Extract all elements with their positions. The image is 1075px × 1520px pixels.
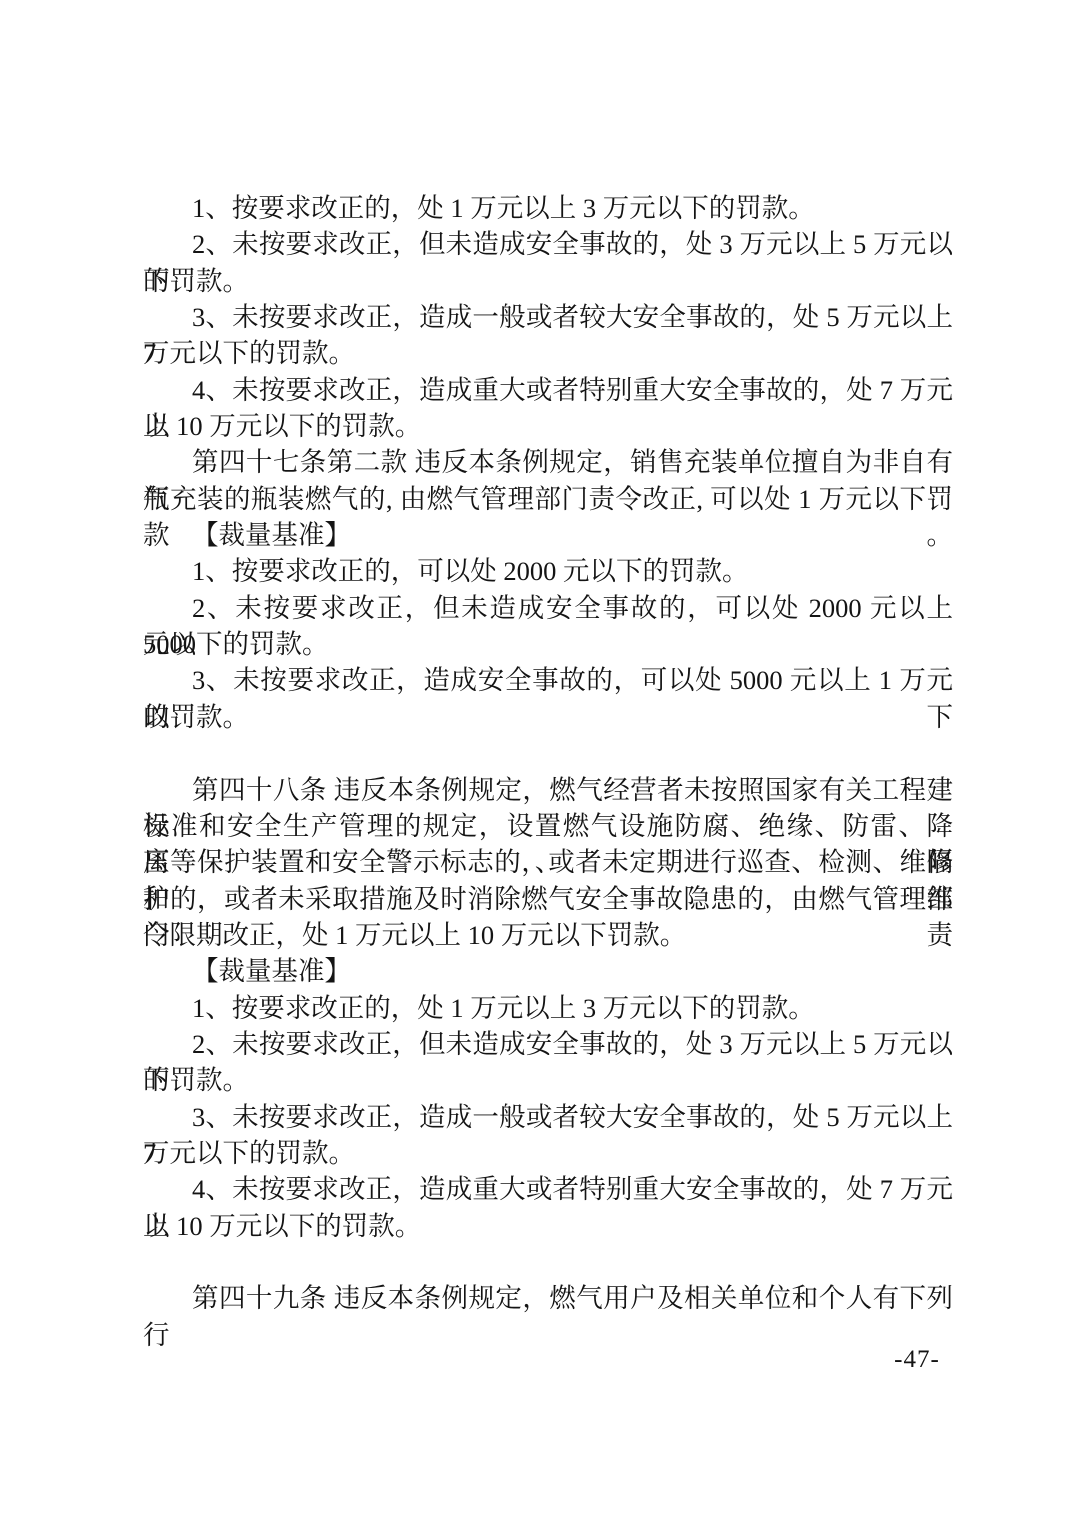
page-number: -47- xyxy=(876,1346,958,1374)
text-line: 1、按要求改正的，可以处 2000 元以下的罚款。 xyxy=(143,553,953,589)
text-line: 万元以下的罚款。 xyxy=(143,1135,953,1171)
document-text-block: 1、按要求改正的，处 1 万元以上 3 万元以下的罚款。 2、未按要求改正，但未… xyxy=(143,190,953,1317)
text-line: 3、未按要求改正，造成一般或者较大安全事故的，处 5 万元以上 7 xyxy=(143,1099,953,1135)
text-line: 的罚款。 xyxy=(143,263,953,299)
article-47-2-heading-line: 第四十七条第二款 违反本条例规定，销售充装单位擅自为非自有气 xyxy=(143,444,953,480)
article-48-heading-line: 第四十八条 违反本条例规定，燃气经营者未按照国家有关工程建设 xyxy=(143,772,953,808)
article-49-heading-line: 第四十九条 违反本条例规定，燃气用户及相关单位和个人有下列行 xyxy=(143,1280,953,1316)
text-line: 2、未按要求改正，但未造成安全事故的，处 3 万元以上 5 万元以下 xyxy=(143,1026,953,1062)
text-line: 1、按要求改正的，处 1 万元以上 3 万元以下的罚款。 xyxy=(143,990,953,1026)
text-line: 万元以下的罚款。 xyxy=(143,335,953,371)
text-line: 3、未按要求改正，造成一般或者较大安全事故的，处 5 万元以上 7 xyxy=(143,299,953,335)
text-line: 1、按要求改正的，处 1 万元以上 3 万元以下的罚款。 xyxy=(143,190,953,226)
text-line: 上 10 万元以下的罚款。 xyxy=(143,408,953,444)
text-line: 护的，或者未采取措施及时消除燃气安全事故隐患的，由燃气管理部门责 xyxy=(143,881,953,917)
text-line: 3、未按要求改正，造成安全事故的，可以处 5000 元以上 1 万元以下 xyxy=(143,662,953,698)
text-line: 2、未按要求改正，但未造成安全事故的，可以处 2000 元以上 5000 xyxy=(143,590,953,626)
text-line: 离等保护装置和安全警示标志的，或者未定期进行巡查、检测、维修和维 xyxy=(143,844,953,880)
blank-line xyxy=(143,735,953,771)
text-line: 瓶充装的瓶装燃气的, 由燃气管理部门责令改正, 可以处 1 万元以下罚款。 xyxy=(143,481,953,517)
text-line: 2、未按要求改正，但未造成安全事故的，处 3 万元以上 5 万元以下 xyxy=(143,226,953,262)
blank-line xyxy=(143,1244,953,1280)
text-line: 标准和安全生产管理的规定，设置燃气设施防腐、绝缘、防雷、降压、隔 xyxy=(143,808,953,844)
document-page: 1、按要求改正的，处 1 万元以上 3 万元以下的罚款。 2、未按要求改正，但未… xyxy=(0,0,1075,1520)
text-line: 4、未按要求改正，造成重大或者特别重大安全事故的，处 7 万元以 xyxy=(143,1171,953,1207)
discretion-basis-label: 【裁量基准】 xyxy=(143,953,953,989)
text-line: 4、未按要求改正，造成重大或者特别重大安全事故的，处 7 万元以 xyxy=(143,372,953,408)
text-line: 上 10 万元以下的罚款。 xyxy=(143,1208,953,1244)
text-line: 的罚款。 xyxy=(143,1062,953,1098)
text-line: 元以下的罚款。 xyxy=(143,626,953,662)
